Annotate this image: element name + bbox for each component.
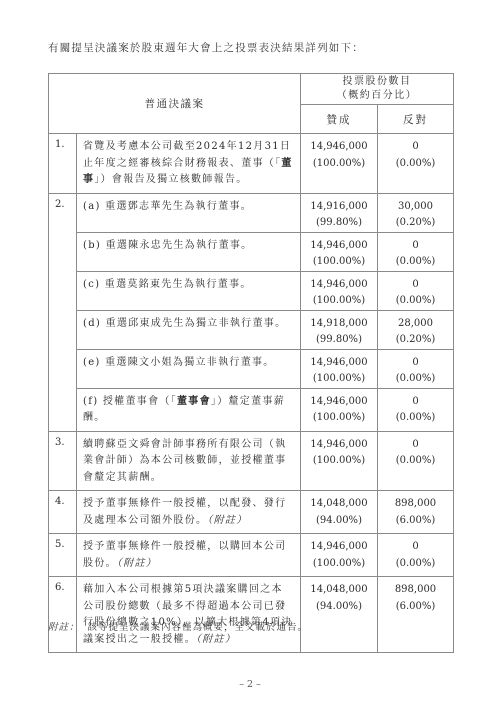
table-row: (f) 授權董事會（「董事會」）釐定董事薪酬。 14,946,000(100.0… xyxy=(49,388,454,431)
against-cell: 898,000(6.00%) xyxy=(378,577,454,653)
for-percent: (100.00%) xyxy=(301,410,377,427)
desc-text: 授予董事無條件一般授權，以購回本公司股份。 xyxy=(83,541,286,569)
for-percent: (100.00%) xyxy=(301,371,377,388)
against-percent: (0.00%) xyxy=(378,410,453,427)
desc-text: 省覽及考慮本公司截至2024年12月31日止年度之經審核綜合財務報表、董事（「 xyxy=(83,141,291,169)
table-row: 6. 藉加入本公司根據第5項決議案購回之本公司股份總數（最多不得超過本公司已發行… xyxy=(49,577,454,653)
for-cell: 14,918,000(99.80%) xyxy=(301,310,378,349)
for-votes: 14,946,000 xyxy=(301,277,377,294)
page-number: – 2 – xyxy=(0,679,500,690)
against-votes: 0 xyxy=(378,539,453,556)
for-cell: 14,048,000(94.00%) xyxy=(301,577,378,653)
desc-text: 藉加入本公司根據第5項決議案購回之本公司股份總數（最多不得超過本公司已發行股份總… xyxy=(83,584,293,645)
table-row: (b) 重選陳永忠先生為執行董事。 14,946,000(100.00%) 0(… xyxy=(49,232,454,271)
header-votes-line2: （概約百分比） xyxy=(301,89,453,103)
header-against: 反對 xyxy=(378,105,454,134)
for-votes: 14,946,000 xyxy=(301,394,377,411)
resolution-description: (e) 重選陳文小姐為獨立非執行董事。 xyxy=(77,349,301,388)
for-votes: 14,946,000 xyxy=(301,238,377,255)
resolution-description: (b) 重選陳永忠先生為執行董事。 xyxy=(77,232,301,271)
for-votes: 14,048,000 xyxy=(301,582,377,599)
for-percent: (94.00%) xyxy=(301,513,377,530)
for-percent: (100.00%) xyxy=(301,156,377,173)
header-votes-line1: 投票股份數目 xyxy=(301,75,453,89)
table-row: (c) 重選莫銘東先生為執行董事。 14,946,000(100.00%) 0(… xyxy=(49,271,454,310)
header-for: 贊成 xyxy=(301,105,378,134)
against-percent: (6.00%) xyxy=(378,513,453,530)
resolution-description: (f) 授權董事會（「董事會」）釐定董事薪酬。 xyxy=(77,388,301,431)
header-votes-group: 投票股份數目 （概約百分比） xyxy=(301,74,454,105)
for-cell: 14,946,000(100.00%) xyxy=(301,271,378,310)
for-votes: 14,946,000 xyxy=(301,437,377,454)
against-cell: 0(0.00%) xyxy=(378,349,454,388)
table-row: 4. 授予董事無條件一般授權，以配發、發行及處理本公司額外股份。（附註） 14,… xyxy=(49,491,454,534)
for-votes: 14,916,000 xyxy=(301,199,377,216)
against-votes: 898,000 xyxy=(378,582,453,599)
footnote-label: 附註： xyxy=(48,622,80,633)
table-row: 1. 省覽及考慮本公司截至2024年12月31日止年度之經審核綜合財務報表、董事… xyxy=(49,134,454,194)
for-votes: 14,946,000 xyxy=(301,355,377,372)
against-votes: 0 xyxy=(378,238,453,255)
resolution-description: 授予董事無條件一般授權，以購回本公司股份。（附註） xyxy=(77,534,301,577)
against-percent: (0.20%) xyxy=(378,332,453,349)
desc-text: 授予董事無條件一般授權，以配發、發行及處理本公司額外股份。 xyxy=(83,498,286,526)
resolution-number: 6. xyxy=(49,577,77,653)
for-cell: 14,946,000(100.00%) xyxy=(301,388,378,431)
against-cell: 30,000(0.20%) xyxy=(378,193,454,232)
against-votes: 0 xyxy=(378,394,453,411)
against-votes: 0 xyxy=(378,139,453,156)
footnote: 附註：該等提呈決議案內容僅為概要，全文載於通告。 xyxy=(48,619,308,633)
for-percent: (100.00%) xyxy=(301,453,377,470)
against-votes: 28,000 xyxy=(378,316,453,333)
table-row: 3. 續聘蘇亞文舜會計師事務所有限公司（執業會計師）為本公司核數師，並授權董事會… xyxy=(49,431,454,491)
against-cell: 898,000(6.00%) xyxy=(378,491,454,534)
note-reference: （附註） xyxy=(207,515,247,526)
for-cell: 14,946,000(100.00%) xyxy=(301,232,378,271)
for-cell: 14,946,000(100.00%) xyxy=(301,134,378,194)
for-votes: 14,048,000 xyxy=(301,496,377,513)
note-reference: （附註） xyxy=(117,558,157,569)
against-cell: 0(0.00%) xyxy=(378,534,454,577)
for-cell: 14,048,000(94.00%) xyxy=(301,491,378,534)
against-percent: (0.00%) xyxy=(378,254,453,271)
against-cell: 0(0.00%) xyxy=(378,271,454,310)
intro-text: 有關提呈決議案於股東週年大會上之投票表決結果詳列如下： xyxy=(48,40,364,55)
table-row: 2. (a) 重選鄧志華先生為執行董事。 14,916,000(99.80%) … xyxy=(49,193,454,232)
for-votes: 14,946,000 xyxy=(301,139,377,156)
against-percent: (6.00%) xyxy=(378,599,453,616)
against-percent: (0.00%) xyxy=(378,293,453,310)
for-percent: (100.00%) xyxy=(301,293,377,310)
resolution-description: 藉加入本公司根據第5項決議案購回之本公司股份總數（最多不得超過本公司已發行股份總… xyxy=(77,577,301,653)
resolution-description: (d) 重選邱東成先生為獨立非執行董事。 xyxy=(77,310,301,349)
against-votes: 898,000 xyxy=(378,496,453,513)
header-ordinary-resolutions: 普通決議案 xyxy=(49,74,301,134)
resolution-description: 續聘蘇亞文舜會計師事務所有限公司（執業會計師）為本公司核數師，並授權董事會釐定其… xyxy=(77,431,301,491)
resolution-description: 授予董事無條件一般授權，以配發、發行及處理本公司額外股份。（附註） xyxy=(77,491,301,534)
for-cell: 14,916,000(99.80%) xyxy=(301,193,378,232)
against-cell: 0(0.00%) xyxy=(378,431,454,491)
against-percent: (0.00%) xyxy=(378,156,453,173)
table-row: (d) 重選邱東成先生為獨立非執行董事。 14,918,000(99.80%) … xyxy=(49,310,454,349)
against-percent: (0.00%) xyxy=(378,371,453,388)
footnote-text: 該等提呈決議案內容僅為概要，全文載於通告。 xyxy=(88,622,309,633)
for-votes: 14,946,000 xyxy=(301,539,377,556)
resolution-number: 4. xyxy=(49,491,77,534)
against-cell: 28,000(0.20%) xyxy=(378,310,454,349)
against-percent: (0.00%) xyxy=(378,556,453,573)
resolution-number: 1. xyxy=(49,134,77,194)
against-votes: 0 xyxy=(378,277,453,294)
for-percent: (100.00%) xyxy=(301,254,377,271)
desc-text: (f) 授權董事會（「 xyxy=(83,396,177,407)
against-cell: 0(0.00%) xyxy=(378,232,454,271)
against-percent: (0.20%) xyxy=(378,215,453,232)
against-percent: (0.00%) xyxy=(378,453,453,470)
for-percent: (99.80%) xyxy=(301,215,377,232)
for-percent: (94.00%) xyxy=(301,599,377,616)
for-percent: (99.80%) xyxy=(301,332,377,349)
for-cell: 14,946,000(100.00%) xyxy=(301,534,378,577)
resolution-description: 省覽及考慮本公司截至2024年12月31日止年度之經審核綜合財務報表、董事（「董… xyxy=(77,134,301,194)
against-votes: 0 xyxy=(378,355,453,372)
resolution-number: 2. xyxy=(49,193,77,431)
against-votes: 30,000 xyxy=(378,199,453,216)
against-cell: 0(0.00%) xyxy=(378,388,454,431)
defined-term: 董事會 xyxy=(177,396,211,407)
table-row: 5. 授予董事無條件一般授權，以購回本公司股份。（附註） 14,946,000(… xyxy=(49,534,454,577)
desc-text: 」）會報告及獨立核數師報告。 xyxy=(94,174,247,185)
resolution-description: (c) 重選莫銘東先生為執行董事。 xyxy=(77,271,301,310)
table-row: (e) 重選陳文小姐為獨立非執行董事。 14,946,000(100.00%) … xyxy=(49,349,454,388)
for-cell: 14,946,000(100.00%) xyxy=(301,349,378,388)
resolution-description: (a) 重選鄧志華先生為執行董事。 xyxy=(77,193,301,232)
for-cell: 14,946,000(100.00%) xyxy=(301,431,378,491)
note-reference: （附註） xyxy=(196,634,236,645)
for-percent: (100.00%) xyxy=(301,556,377,573)
against-votes: 0 xyxy=(378,437,453,454)
poll-results-table: 普通決議案 投票股份數目 （概約百分比） 贊成 反對 1. 省覽及考慮本公司截至… xyxy=(48,73,454,653)
resolution-number: 5. xyxy=(49,534,77,577)
resolution-number: 3. xyxy=(49,431,77,491)
against-cell: 0(0.00%) xyxy=(378,134,454,194)
for-votes: 14,918,000 xyxy=(301,316,377,333)
